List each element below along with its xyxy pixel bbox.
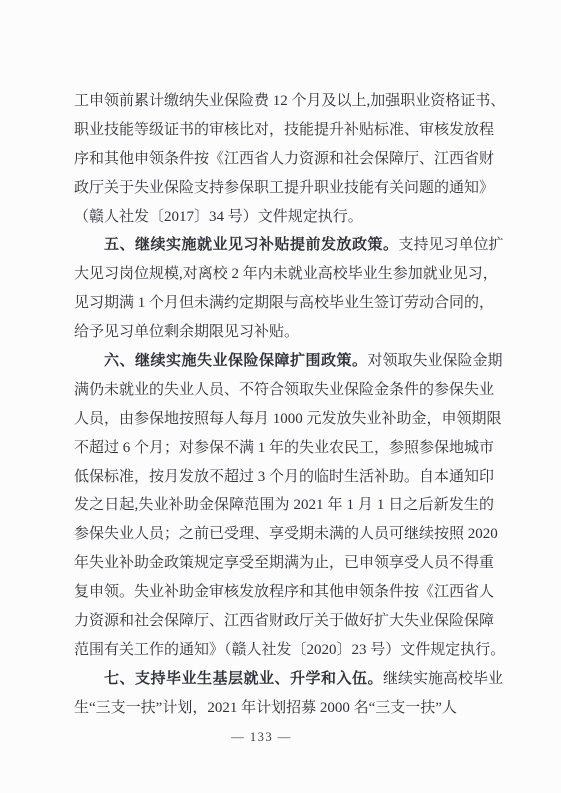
body-text: 工申领前累计缴纳失业保险费 12 个月及以上,加强职业资格证书、: [74, 93, 505, 109]
body-text: 见习期满 1 个月但未满约定期限与高校毕业生签订劳动合同的，: [74, 295, 494, 311]
body-text: 序和其他申领条件按《江西省人力资源和社会保障厅、江西省财: [74, 151, 494, 167]
body-text: 支持见习单位扩: [399, 237, 504, 253]
text-line: 给予见习单位剩余期限见习补贴。: [74, 318, 494, 347]
body-text: 继续实施高校毕业: [383, 671, 503, 687]
text-line: 不超过 6 个月；对参保不满 1 年的失业农民工，参照参保地城市: [74, 434, 494, 463]
page-number: — 133 —: [231, 730, 292, 744]
text-line: 人员，由参保地按照每人每月 1000 元发放失业补助金，申领期限: [74, 405, 494, 434]
text-line: 生“三支一扶”计划，2021 年计划招募 2000 名“三支一扶”人: [74, 694, 494, 723]
text-block: 工申领前累计缴纳失业保险费 12 个月及以上,加强职业资格证书、职业技能等级证书…: [74, 87, 494, 723]
body-text: 不超过 6 个月；对参保不满 1 年的失业农民工，参照参保地城市: [74, 440, 494, 456]
text-line: 参保失业人员；之前已受理、享受期未满的人员可继续按照 2020: [74, 520, 494, 549]
text-line: 见习期满 1 个月但未满约定期限与高校毕业生签订劳动合同的，: [74, 289, 494, 318]
body-text: 范围有关工作的通知》（赣人社发〔2020〕23 号）文件规定执行。: [74, 642, 505, 658]
text-line: 年失业补助金政策规定享受至期满为止，已申领享受人员不得重: [74, 549, 494, 578]
body-text: 低保标准，按月发放不超过 3 个月的临时生活补助。自本通知印: [74, 469, 494, 485]
body-text: 力资源和社会保障厅、江西省财政厅关于做好扩大失业保险保障: [74, 613, 494, 629]
page-footer: — 133 —: [0, 730, 561, 745]
body-text: 发之日起,失业补助金保障范围为 2021 年 1 月 1 日之后新发生的: [74, 497, 494, 513]
body-text: （赣人社发〔2017〕34 号）文件规定执行。: [74, 209, 363, 225]
body-text: 对领取失业保险金期: [368, 353, 503, 369]
text-line: 工申领前累计缴纳失业保险费 12 个月及以上,加强职业资格证书、: [74, 87, 494, 116]
section-heading-text: 七、支持毕业生基层就业、升学和入伍。: [104, 670, 383, 687]
text-line: 复申领。失业补助金审核发放程序和其他申领条件按《江西省人: [74, 578, 494, 607]
text-line: 力资源和社会保障厅、江西省财政厅关于做好扩大失业保险保障: [74, 607, 494, 636]
text-line: 六、继续实施失业保险保障扩围政策。对领取失业保险金期: [74, 347, 494, 376]
text-line: 政厅关于失业保险支持参保职工提升职业技能有关问题的通知》: [74, 174, 494, 203]
body-text: 满仍未就业的失业人员、不符合领取失业保险金条件的参保失业: [74, 382, 494, 398]
body-text: 人员，由参保地按照每人每月 1000 元发放失业补助金，申领期限: [74, 411, 502, 427]
body-text: 大见习岗位规模,对离校 2 年内未就业高校毕业生参加就业见习，: [74, 266, 498, 282]
text-line: 范围有关工作的通知》（赣人社发〔2020〕23 号）文件规定执行。: [74, 636, 494, 665]
section-heading-text: 五、继续实施就业见习补贴提前发放政策。: [104, 236, 399, 253]
body-text: 政厅关于失业保险支持参保职工提升职业技能有关问题的通知》: [74, 180, 494, 196]
text-line: 发之日起,失业补助金保障范围为 2021 年 1 月 1 日之后新发生的: [74, 491, 494, 520]
text-line: （赣人社发〔2017〕34 号）文件规定执行。: [74, 203, 494, 232]
text-line: 职业技能等级证书的审核比对，技能提升补贴标准、审核发放程: [74, 116, 494, 145]
section-heading-text: 六、继续实施失业保险保障扩围政策。: [104, 352, 368, 369]
text-line: 满仍未就业的失业人员、不符合领取失业保险金条件的参保失业: [74, 376, 494, 405]
body-text: 职业技能等级证书的审核比对，技能提升补贴标准、审核发放程: [74, 122, 494, 138]
body-text: 参保失业人员；之前已受理、享受期未满的人员可继续按照 2020: [74, 526, 498, 542]
text-line: 五、继续实施就业见习补贴提前发放政策。支持见习单位扩: [74, 231, 494, 260]
body-text: 给予见习单位剩余期限见习补贴。: [74, 324, 299, 340]
body-text: 年失业补助金政策规定享受至期满为止，已申领享受人员不得重: [74, 555, 494, 571]
text-line: 大见习岗位规模,对离校 2 年内未就业高校毕业生参加就业见习，: [74, 260, 494, 289]
body-text: 生“三支一扶”计划，2021 年计划招募 2000 名“三支一扶”人: [74, 700, 457, 716]
body-text: 复申领。失业补助金审核发放程序和其他申领条件按《江西省人: [74, 584, 494, 600]
text-line: 低保标准，按月发放不超过 3 个月的临时生活补助。自本通知印: [74, 463, 494, 492]
document-page: 工申领前累计缴纳失业保险费 12 个月及以上,加强职业资格证书、职业技能等级证书…: [0, 0, 561, 793]
text-line: 序和其他申领条件按《江西省人力资源和社会保障厅、江西省财: [74, 145, 494, 174]
text-line: 七、支持毕业生基层就业、升学和入伍。继续实施高校毕业: [74, 665, 494, 694]
